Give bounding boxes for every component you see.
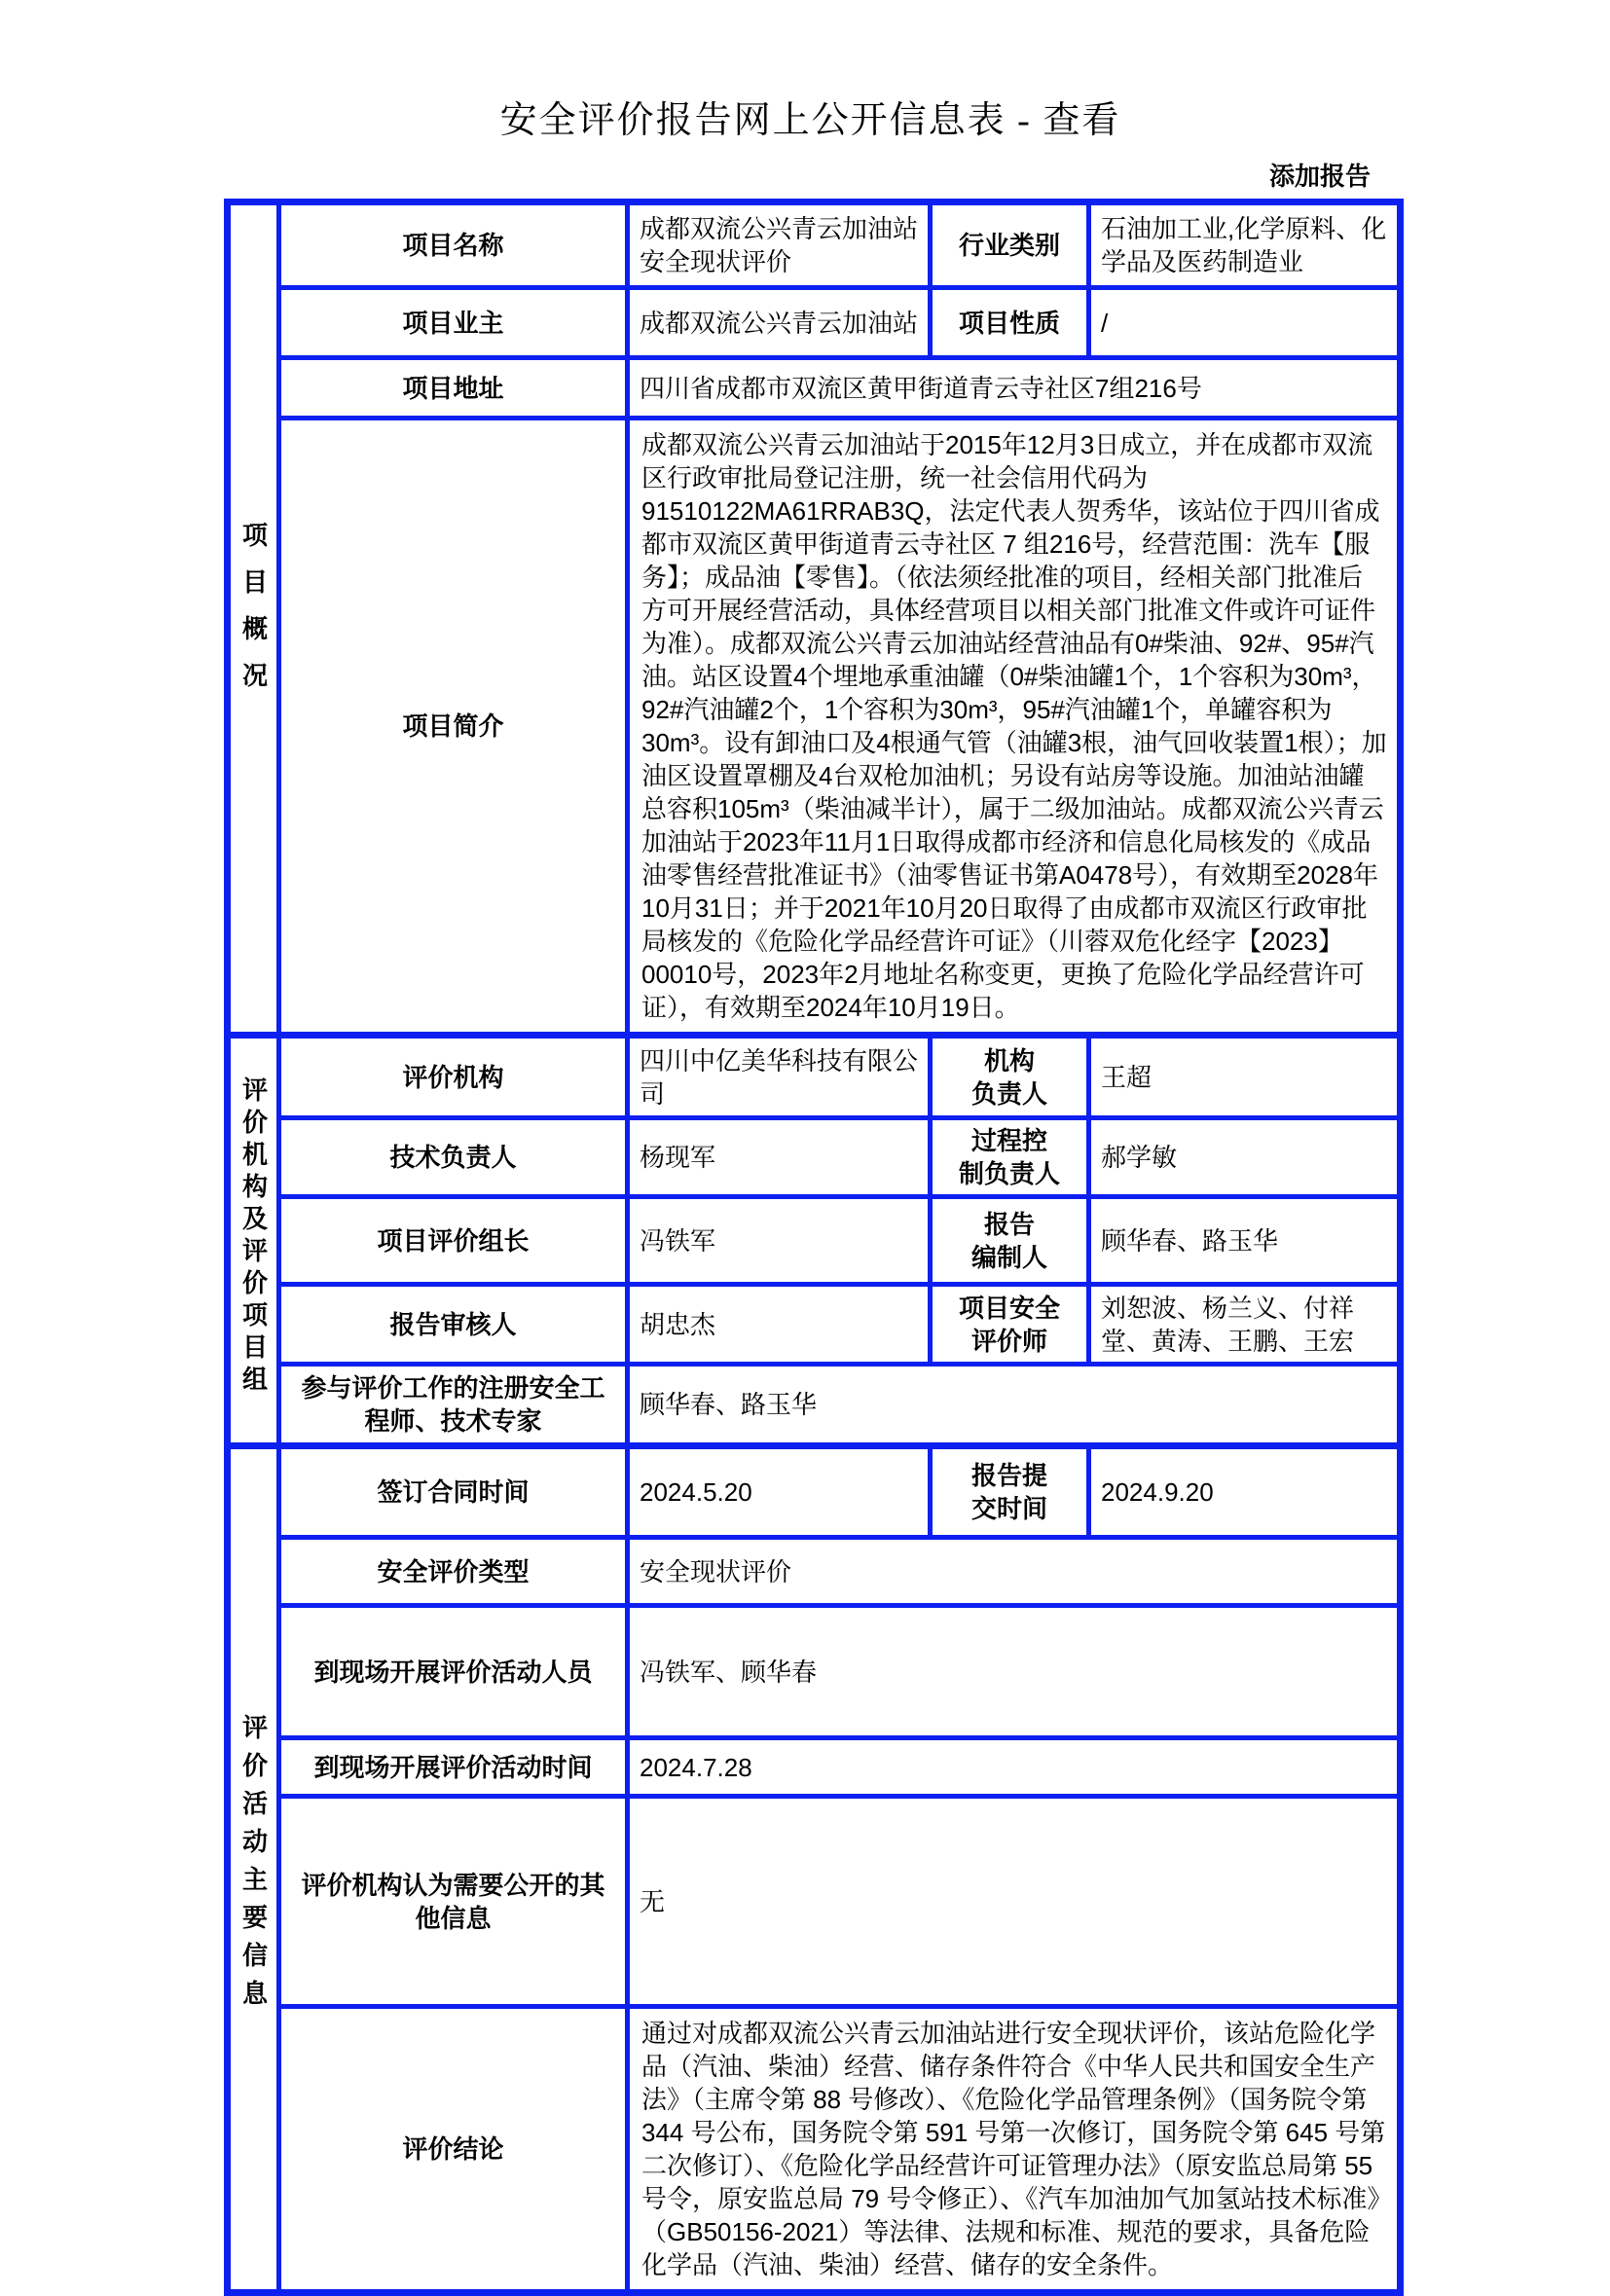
section-label-project-overview: 项目概况 [228, 202, 279, 1036]
project-address-label: 项目地址 [279, 358, 628, 419]
project-nature-label: 项目性质 [931, 288, 1089, 358]
project-summary-label: 项目简介 [279, 419, 628, 1036]
contract-date-value: 2024.5.20 [628, 1446, 931, 1538]
registered-engineers-value: 顾华春、路玉华 [628, 1365, 1401, 1446]
eval-conclusion-value: 通过对成都双流公兴青云加油站进行安全现状评价，该站危险化学品（汽油、柴油）经营、… [628, 2007, 1401, 2293]
project-owner-label: 项目业主 [279, 288, 628, 358]
org-head-label: 机构 负责人 [931, 1036, 1089, 1118]
process-control-lead-value: 郝学敏 [1089, 1118, 1401, 1197]
industry-category-value: 石油加工业,化学原料、化学品及医药制造业 [1089, 202, 1401, 288]
contract-date-label: 签订合同时间 [279, 1446, 628, 1538]
onsite-date-value: 2024.7.28 [628, 1738, 1401, 1797]
section-label-text: 项目概况 [241, 522, 267, 709]
section-evaluation-activity: 评价活动主要信息 签订合同时间 2024.5.20 报告提 交时间 2024.9… [228, 1446, 1401, 2293]
other-public-info-value: 无 [628, 1797, 1401, 2007]
tech-lead-label: 技术负责人 [279, 1118, 628, 1197]
section-evaluation-org: 评价机构及评价项目组 评价机构 四川中亿美华科技有限公司 机构 负责人 王超 技… [228, 1036, 1401, 1446]
onsite-personnel-value: 冯铁军、顾华春 [628, 1606, 1401, 1738]
safety-evaluator-label: 项目安全 评价师 [931, 1285, 1089, 1365]
report-compiler-label: 报告 编制人 [931, 1197, 1089, 1285]
project-name-label: 项目名称 [279, 202, 628, 288]
industry-category-label: 行业类别 [931, 202, 1089, 288]
section-label-evaluation-activity: 评价活动主要信息 [228, 1446, 279, 2293]
report-submit-date-label: 报告提 交时间 [931, 1446, 1089, 1538]
section-label-evaluation-org: 评价机构及评价项目组 [228, 1036, 279, 1446]
org-head-value: 王超 [1089, 1036, 1401, 1118]
page-title: 安全评价报告网上公开信息表 - 查看 [224, 90, 1397, 143]
process-control-lead-label: 过程控 制负责人 [931, 1118, 1089, 1197]
other-public-info-label: 评价机构认为需要公开的其他信息 [279, 1797, 628, 2007]
report-reviewer-label: 报告审核人 [279, 1285, 628, 1365]
section-label-text: 评价机构及评价项目组 [241, 1076, 267, 1398]
project-address-value: 四川省成都市双流区黄甲街道青云寺社区7组216号 [628, 358, 1401, 419]
onsite-personnel-label: 到现场开展评价活动人员 [279, 1606, 628, 1738]
tech-lead-value: 杨现军 [628, 1118, 931, 1197]
section-project-overview: 项目概况 项目名称 成都双流公兴青云加油站安全现状评价 行业类别 石油加工业,化… [228, 202, 1401, 1036]
safety-evaluator-value: 刘恕波、杨兰义、付祥堂、黄涛、王鹏、王宏 [1089, 1285, 1401, 1365]
project-owner-value: 成都双流公兴青云加油站 [628, 288, 931, 358]
add-report-link[interactable]: 添加报告 [224, 157, 1397, 193]
registered-engineers-label: 参与评价工作的注册安全工程师、技术专家 [279, 1365, 628, 1446]
eval-type-label: 安全评价类型 [279, 1538, 628, 1606]
report-compiler-value: 顾华春、路玉华 [1089, 1197, 1401, 1285]
eval-type-value: 安全现状评价 [628, 1538, 1401, 1606]
report-submit-date-value: 2024.9.20 [1089, 1446, 1401, 1538]
onsite-date-label: 到现场开展评价活动时间 [279, 1738, 628, 1797]
eval-conclusion-label: 评价结论 [279, 2007, 628, 2293]
report-reviewer-value: 胡忠杰 [628, 1285, 931, 1365]
section-label-text: 评价活动主要信息 [241, 1714, 267, 2018]
page: 安全评价报告网上公开信息表 - 查看 添加报告 项目概况 项目名称 成都双流公兴… [0, 0, 1610, 2277]
content-area: 安全评价报告网上公开信息表 - 查看 添加报告 项目概况 项目名称 成都双流公兴… [224, 0, 1397, 2296]
project-nature-value: / [1089, 288, 1401, 358]
report-info-table: 项目概况 项目名称 成都双流公兴青云加油站安全现状评价 行业类别 石油加工业,化… [224, 199, 1404, 2296]
project-name-value: 成都双流公兴青云加油站安全现状评价 [628, 202, 931, 288]
evaluation-org-value: 四川中亿美华科技有限公司 [628, 1036, 931, 1118]
project-summary-value: 成都双流公兴青云加油站于2015年12月3日成立，并在成都市双流区行政审批局登记… [628, 419, 1401, 1036]
project-eval-leader-value: 冯铁军 [628, 1197, 931, 1285]
project-eval-leader-label: 项目评价组长 [279, 1197, 628, 1285]
evaluation-org-label: 评价机构 [279, 1036, 628, 1118]
